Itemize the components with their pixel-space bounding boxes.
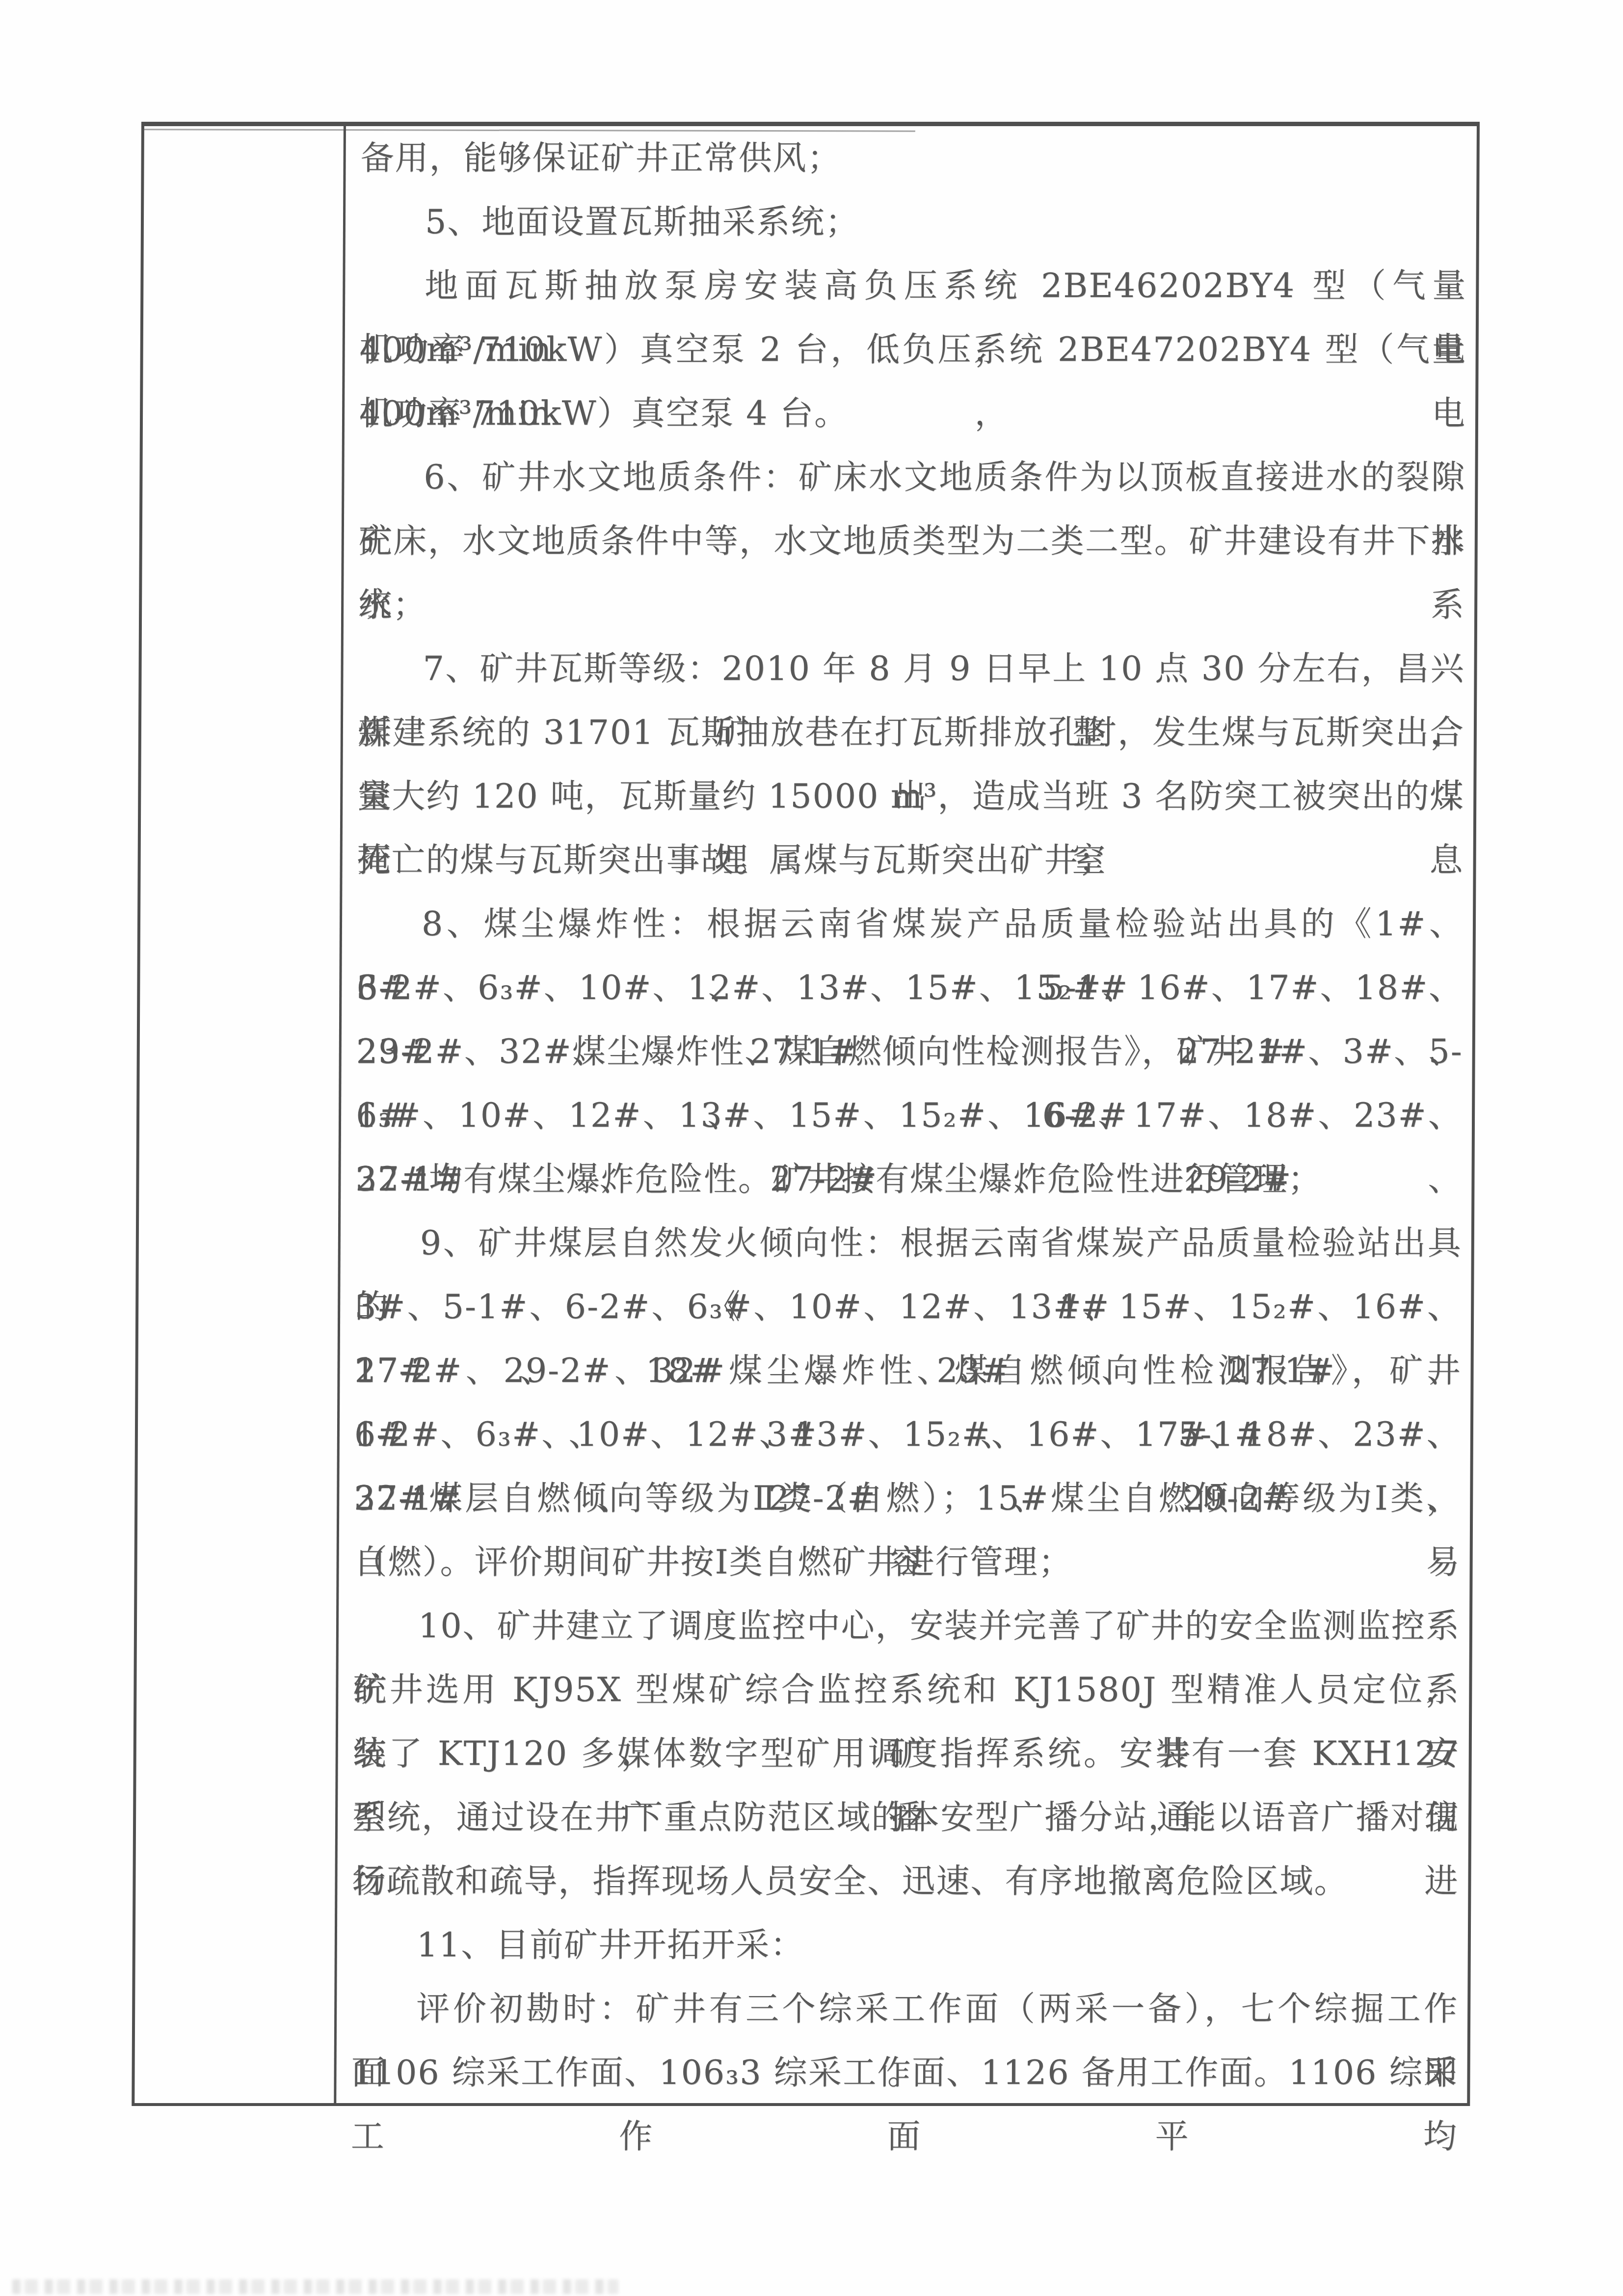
- text-line: 32#均有煤尘爆炸危险性。矿井按有煤尘爆炸危险性进行管理；: [355, 1148, 1463, 1212]
- text-line: 6-2#、6₃#、10#、12#、13#、15#、15₂#、16#、17#、18…: [356, 956, 1463, 1020]
- text-line: 6、矿井水文地质条件：矿床水文地质条件为以顶板直接进水的裂隙充水: [359, 446, 1466, 510]
- text-line: 7、矿井瓦斯等级：2010 年 8 月 9 日早上 10 点 30 分左右，昌兴…: [358, 637, 1465, 701]
- text-line: 系统，通过设在井下重点防范区域的本安型广播分站，能以语音广播对现场进: [352, 1786, 1460, 1850]
- page-bottom-bleedthrough-artifact: [12, 2279, 618, 2294]
- text-line: 3#、5-1#、6-2#、6₃#、10#、12#、13#、15#、15₂#、16…: [355, 1275, 1462, 1339]
- assessment-table-frame: 备用，能够保证矿井正常供风； 5、地面设置瓦斯抽采系统； 地面瓦斯抽放泵房安装高…: [132, 122, 1480, 2106]
- table-content-cell: 备用，能够保证矿井正常供风； 5、地面设置瓦斯抽采系统； 地面瓦斯抽放泵房安装高…: [351, 127, 1467, 2105]
- text-line: 量大约 120 吨，瓦斯量约 15000 m³，造成当班 3 名防突工被突出的煤…: [357, 765, 1464, 829]
- text-line: 6₃#、10#、12#、13#、15#、15₂#、16#、17#、18#、23#…: [356, 1084, 1463, 1148]
- text-line: 6-2#、6₃#、10#、12#、13#、15₂#、16#、17#、18#、23…: [354, 1403, 1462, 1467]
- text-line: 27-2#、29-2#、32#煤尘爆炸性、煤自燃倾向性检测报告》，矿井 1#、3…: [354, 1339, 1462, 1403]
- scanned-document-page: 备用，能够保证矿井正常供风； 5、地面设置瓦斯抽采系统； 地面瓦斯抽放泵房安装高…: [0, 0, 1623, 2296]
- text-line: 新建系统的 31701 瓦斯抽放巷在打瓦斯排放孔时，发生煤与瓦斯突出，突出煤: [358, 701, 1465, 765]
- text-line: 5、地面设置瓦斯抽采系统；: [360, 190, 1467, 254]
- text-line: 1106 综采工作面、106₃3 综采工作面、1126 备用工作面。1106 综…: [351, 2041, 1458, 2105]
- text-line: 装了 KTJ120 多媒体数字型矿用调度指挥系统。安装有一套 KXH127 型广…: [352, 1722, 1460, 1786]
- text-line: 11、目前矿井开拓开采：: [352, 1914, 1459, 1977]
- text-line: 评价初勘时：矿井有三个综采工作面（两采一备），七个综掘工作面。即: [351, 1977, 1459, 2041]
- text-line: 8、煤尘爆炸性：根据云南省煤炭产品质量检验站出具的《1#、3#、5-1#、: [357, 892, 1464, 956]
- table-left-stub-cell-empty: [134, 126, 344, 2103]
- text-line: 9、矿井煤层自然发火倾向性：根据云南省煤炭产品质量检验站出具的《1#、: [355, 1212, 1463, 1275]
- text-line: 32#煤层自燃倾向等级为Ⅱ类（自燃）；15#煤尘自燃倾向等级为Ⅰ类，（容易: [354, 1467, 1461, 1531]
- text-line: 矿井选用 KJ95X 型煤矿综合监控系统和 KJ1580J 型精准人员定位系统，…: [353, 1658, 1460, 1722]
- text-line: 10、矿井建立了调度监控中心，安装并完善了矿井的安全监测监控系统，: [353, 1594, 1461, 1658]
- text-line: 备用，能够保证矿井正常供风；: [360, 127, 1467, 190]
- text-line: 29-2#、32#煤尘爆炸性、煤自燃倾向性检测报告》，矿井 1#、3#、5-1#…: [356, 1020, 1463, 1084]
- text-line: 矿床，水文地质条件中等，水文地质类型为二类二型。矿井建设有井下排水系: [359, 510, 1466, 573]
- text-line: 机功率 710kW）真空泵 2 台，低负压系统 2BE47202BY4 型（气量…: [359, 318, 1466, 382]
- text-line: 行疏散和疏导，指挥现场人员安全、迅速、有序地撤离危险区域。: [352, 1850, 1459, 1914]
- text-line: 地面瓦斯抽放泵房安装高负压系统 2BE46202BY4 型（气量 400m³/m…: [360, 254, 1467, 318]
